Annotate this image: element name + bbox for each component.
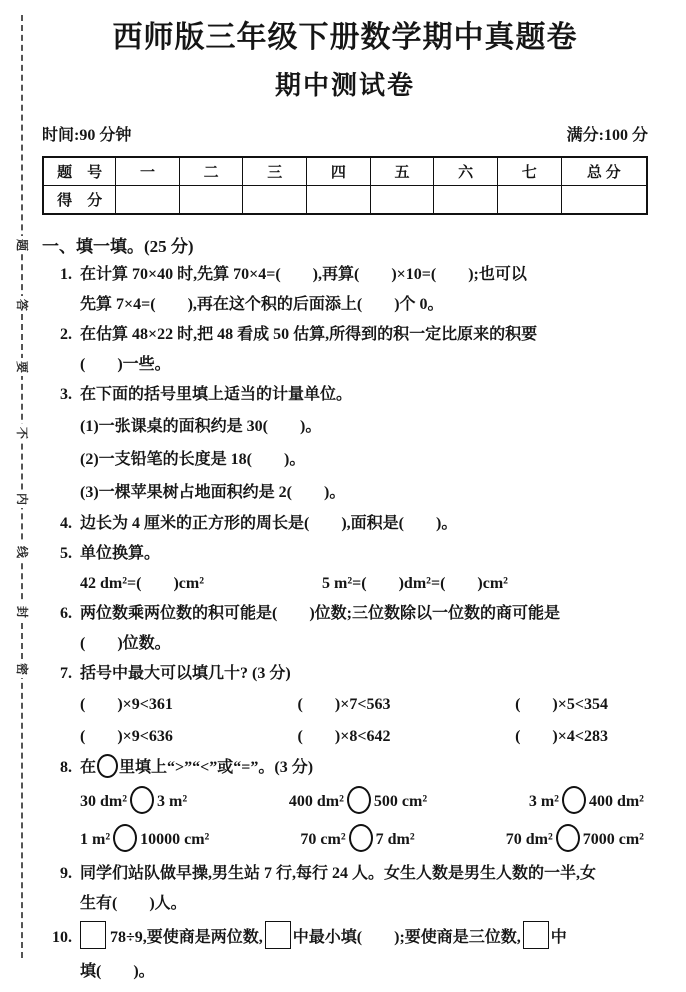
question-9: 9. 同学们站队做早操,男生站 7 行,每行 24 人。女生人数是男生人数的一半…: [42, 859, 648, 919]
score-table-col-5: 五: [370, 157, 434, 186]
inequality-row: ( )×9<636 ( )×8<642 ( )×4<283: [80, 721, 648, 753]
question-number: 7.: [42, 659, 80, 753]
comparison-item: 30 dm²3 m²: [80, 783, 187, 821]
score-table-col-total: 总 分: [561, 157, 647, 186]
score-cell-empty: [243, 186, 307, 215]
question-10: 10. 78÷9,要使商是两位数,中最小填( );要使商是三位数,中 填( )。: [42, 919, 648, 987]
question-subitem: (2)一支铅笔的长度是 18( )。: [80, 443, 648, 476]
question-6: 6. 两位数乘两位数的积可能是( )位数;三位数除以一位数的商可能是 ( )位数…: [42, 599, 648, 659]
score-table: 题 号 一 二 三 四 五 六 七 总 分 得 分: [42, 156, 648, 215]
score-cell-empty: [116, 186, 180, 215]
section-one-heading: 一、填一填。(25 分): [42, 232, 648, 257]
question-number: 3.: [42, 380, 80, 509]
question-text: 中: [551, 929, 567, 946]
question-text: 先算 7×4=( ),再在这个积的后面添上( )个 0。: [80, 290, 648, 320]
question-3: 3. 在下面的括号里填上适当的计量单位。 (1)一张课桌的面积约是 30( )。…: [42, 380, 648, 509]
question-number: 4.: [42, 509, 80, 539]
seal-char: 不: [13, 424, 31, 442]
question-1: 1. 在计算 70×40 时,先算 70×4=( ),再算( )×10=( );…: [42, 260, 648, 320]
comparison-item: 1 m²10000 cm²: [80, 821, 209, 859]
question-text: 78÷9,要使商是两位数,中最小填( );要使商是三位数,中: [80, 919, 648, 957]
blank-square-icon: [265, 921, 291, 949]
meta-row: 时间:90 分钟 满分:100 分: [42, 122, 648, 145]
comparison-item: 400 dm²500 cm²: [289, 783, 427, 821]
inequality-item: ( )×9<361: [80, 689, 173, 721]
score-table-score-row: 得 分: [43, 186, 647, 215]
question-text: 同学们站队做早操,男生站 7 行,每行 24 人。女生人数是男生人数的一半,女: [80, 859, 648, 889]
comparison-left: 30 dm²: [80, 793, 127, 810]
score-table-col-1: 一: [116, 157, 180, 186]
seal-char: 答: [13, 296, 31, 314]
question-number: 10.: [42, 919, 80, 987]
score-table-col-6: 六: [434, 157, 498, 186]
comparison-right: 3 m²: [157, 793, 187, 810]
paper-content: 西师版三年级下册数学期中真题卷 期中测试卷 时间:90 分钟 满分:100 分 …: [42, 12, 648, 987]
full-score-label: 满分:100 分: [567, 122, 648, 145]
seal-char: 线: [13, 543, 31, 561]
comparison-circle-icon: [130, 786, 154, 814]
comparison-left: 400 dm²: [289, 793, 344, 810]
paper-title: 西师版三年级下册数学期中真题卷: [42, 20, 648, 56]
question-number: 9.: [42, 859, 80, 919]
score-cell-empty: [561, 186, 647, 215]
seal-char: 密: [13, 660, 31, 678]
question-text: 在估算 48×22 时,把 48 看成 50 估算,所得到的积一定比原来的积要: [80, 320, 648, 350]
question-7: 7. 括号中最大可以填几十? (3 分) ( )×9<361 ( )×7<563…: [42, 659, 648, 753]
question-number: 1.: [42, 260, 80, 320]
comparison-right: 7 dm²: [376, 831, 415, 848]
comparison-row: 30 dm²3 m² 400 dm²500 cm² 3 m²400 dm²: [80, 783, 648, 821]
comparison-left: 70 dm²: [506, 831, 553, 848]
score-table-col-2: 二: [179, 157, 243, 186]
comparison-item: 70 cm²7 dm²: [300, 821, 414, 859]
comparison-circle-icon: [97, 754, 118, 778]
blank-square-icon: [80, 921, 106, 949]
exam-paper-page: 题 答 要 不 内 线 封 密 西师版三年级下册数学期中真题卷 期中测试卷 时间…: [0, 0, 686, 992]
conversion-formula: 42 dm²=( )cm²: [80, 569, 204, 599]
score-table-header-row: 题 号 一 二 三 四 五 六 七 总 分: [43, 157, 647, 186]
score-cell-empty: [179, 186, 243, 215]
question-text: 括号中最大可以填几十? (3 分): [80, 659, 648, 689]
inequality-item: ( )×9<636: [80, 721, 173, 753]
score-cell-empty: [497, 186, 561, 215]
question-text: ( )位数。: [80, 629, 648, 659]
comparison-left: 1 m²: [80, 831, 110, 848]
question-subitem: (1)一张课桌的面积约是 30( )。: [80, 410, 648, 443]
comparison-circle-icon: [556, 824, 580, 852]
seal-char: 内: [13, 490, 31, 508]
score-row-label-cell: 得 分: [43, 186, 116, 215]
score-table-corner-cell: 题 号: [43, 157, 116, 186]
comparison-circle-icon: [113, 824, 137, 852]
question-text: 单位换算。: [80, 539, 648, 569]
question-list: 1. 在计算 70×40 时,先算 70×4=( ),再算( )×10=( );…: [42, 260, 648, 987]
score-table-col-3: 三: [243, 157, 307, 186]
question-text: 在: [80, 759, 96, 776]
question-text: ( )一些。: [80, 350, 648, 380]
comparison-item: 3 m²400 dm²: [529, 783, 644, 821]
question-text: 两位数乘两位数的积可能是( )位数;三位数除以一位数的商可能是: [80, 599, 648, 629]
question-text: 填( )。: [80, 957, 648, 987]
question-number: 6.: [42, 599, 80, 659]
question-text: 里填上“>”“<”或“=”。(3 分): [119, 759, 313, 776]
seal-dashed-line: [21, 15, 23, 958]
question-number: 2.: [42, 320, 80, 380]
comparison-row: 1 m²10000 cm² 70 cm²7 dm² 70 dm²7000 cm²: [80, 821, 648, 859]
inequality-item: ( )×8<642: [298, 721, 391, 753]
comparison-right: 500 cm²: [374, 793, 427, 810]
conversion-formula: 5 m²=( )dm²=( )cm²: [322, 569, 508, 599]
comparison-circle-icon: [349, 824, 373, 852]
question-text: 在下面的括号里填上适当的计量单位。: [80, 380, 648, 410]
comparison-right: 7000 cm²: [583, 831, 644, 848]
question-number: 8.: [42, 753, 80, 859]
question-text: 中最小填( );要使商是三位数,: [293, 929, 521, 946]
seal-char: 题: [13, 236, 31, 254]
question-text: 在里填上“>”“<”或“=”。(3 分): [80, 753, 648, 783]
seal-char: 要: [13, 358, 31, 376]
comparison-left: 3 m²: [529, 793, 559, 810]
question-text: 78÷9,要使商是两位数,: [110, 929, 263, 946]
comparison-circle-icon: [562, 786, 586, 814]
paper-subtitle: 期中测试卷: [42, 71, 648, 101]
question-5: 5. 单位换算。 42 dm²=( )cm² 5 m²=( )dm²=( )cm…: [42, 539, 648, 599]
score-cell-empty: [434, 186, 498, 215]
question-text: 边长为 4 厘米的正方形的周长是( ),面积是( )。: [80, 509, 648, 539]
inequality-item: ( )×7<563: [298, 689, 391, 721]
comparison-item: 70 dm²7000 cm²: [506, 821, 644, 859]
question-4: 4. 边长为 4 厘米的正方形的周长是( ),面积是( )。: [42, 509, 648, 539]
score-cell-empty: [370, 186, 434, 215]
comparison-right: 10000 cm²: [140, 831, 209, 848]
question-text: 生有( )人。: [80, 889, 648, 919]
inequality-item: ( )×5<354: [515, 689, 608, 721]
comparison-circle-icon: [347, 786, 371, 814]
score-table-col-4: 四: [307, 157, 371, 186]
question-number: 5.: [42, 539, 80, 599]
blank-square-icon: [523, 921, 549, 949]
comparison-right: 400 dm²: [589, 793, 644, 810]
score-table-col-7: 七: [497, 157, 561, 186]
inequality-row: ( )×9<361 ( )×7<563 ( )×5<354: [80, 689, 648, 721]
question-2: 2. 在估算 48×22 时,把 48 看成 50 估算,所得到的积一定比原来的…: [42, 320, 648, 380]
score-cell-empty: [307, 186, 371, 215]
time-limit-label: 时间:90 分钟: [42, 122, 131, 145]
question-8: 8. 在里填上“>”“<”或“=”。(3 分) 30 dm²3 m² 400 d…: [42, 753, 648, 859]
comparison-left: 70 cm²: [300, 831, 345, 848]
unit-conversion-row: 42 dm²=( )cm² 5 m²=( )dm²=( )cm²: [80, 569, 648, 599]
question-text: 在计算 70×40 时,先算 70×4=( ),再算( )×10=( );也可以: [80, 260, 648, 290]
question-subitem: (3)一棵苹果树占地面积约是 2( )。: [80, 476, 648, 509]
seal-char: 封: [13, 603, 31, 621]
inequality-item: ( )×4<283: [515, 721, 608, 753]
